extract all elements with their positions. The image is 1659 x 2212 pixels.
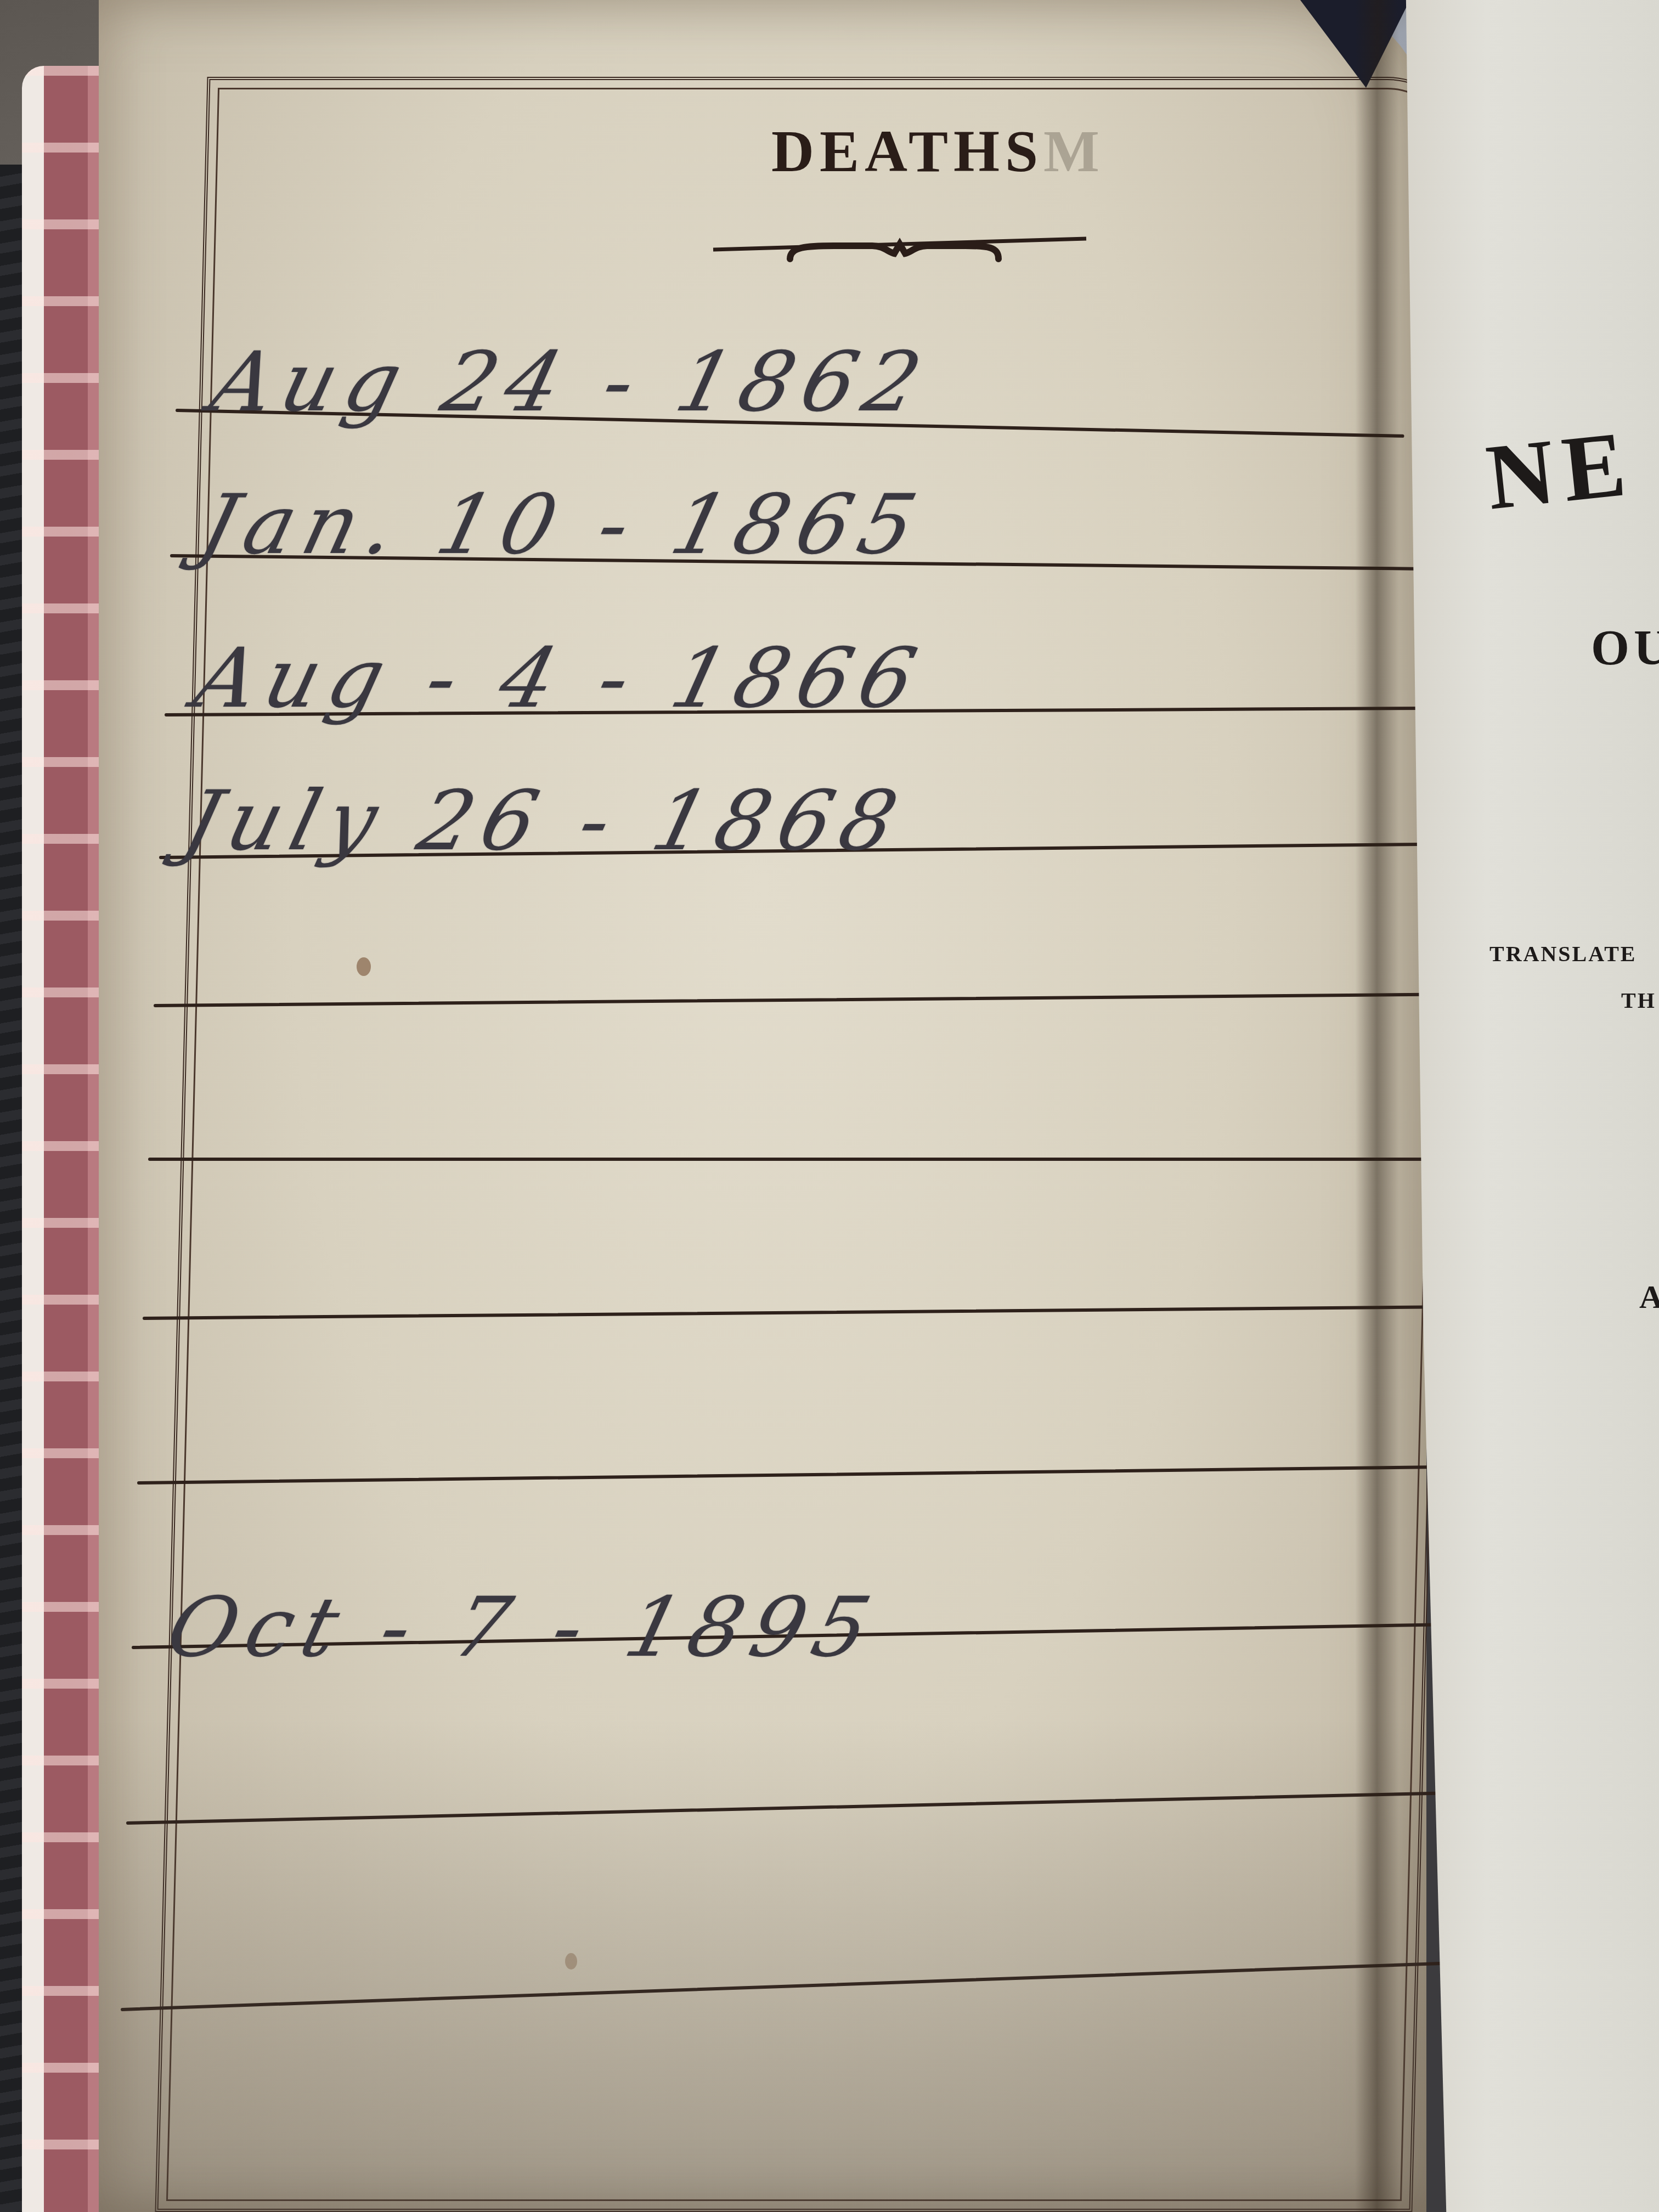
title-fragment: NE xyxy=(1482,410,1639,532)
death-entry-date: Oct - 7 - 1895 xyxy=(158,1580,889,1675)
ruled-line xyxy=(126,1791,1476,1825)
heading-ghost-letter: M xyxy=(1043,119,1105,184)
subtitle-fragment: OU xyxy=(1591,620,1659,676)
death-entry-date: Aug 24 - 1862 xyxy=(202,335,940,430)
paper-stain xyxy=(357,957,371,976)
ruled-line xyxy=(148,1158,1454,1161)
heading-title: DEATHS xyxy=(771,119,1043,184)
death-entry-date: Jan. 10 - 1865 xyxy=(191,477,935,573)
death-entry-date: Aug - 4 - 1866 xyxy=(185,631,935,726)
spine-shadow xyxy=(1355,0,1399,2212)
death-entry-date: July 26 - 1868 xyxy=(174,774,916,869)
page-heading: DEATHSM xyxy=(691,118,1185,186)
ornament-flourish-icon xyxy=(708,219,1092,263)
deaths-register-page: DEATHSM Aug 24 - 1862 Jan. 10 - 1865 Aug… xyxy=(99,0,1426,2212)
translated-line-fragment: TRANSLATE xyxy=(1489,941,1637,967)
paper-stain xyxy=(565,1953,577,1970)
ruled-line xyxy=(121,1960,1481,2011)
photo-scene: DEATHSM Aug 24 - 1862 Jan. 10 - 1865 Aug… xyxy=(0,0,1659,2212)
imprint-fragment: A xyxy=(1639,1278,1659,1316)
translated-line2-fragment: TH xyxy=(1621,988,1656,1013)
